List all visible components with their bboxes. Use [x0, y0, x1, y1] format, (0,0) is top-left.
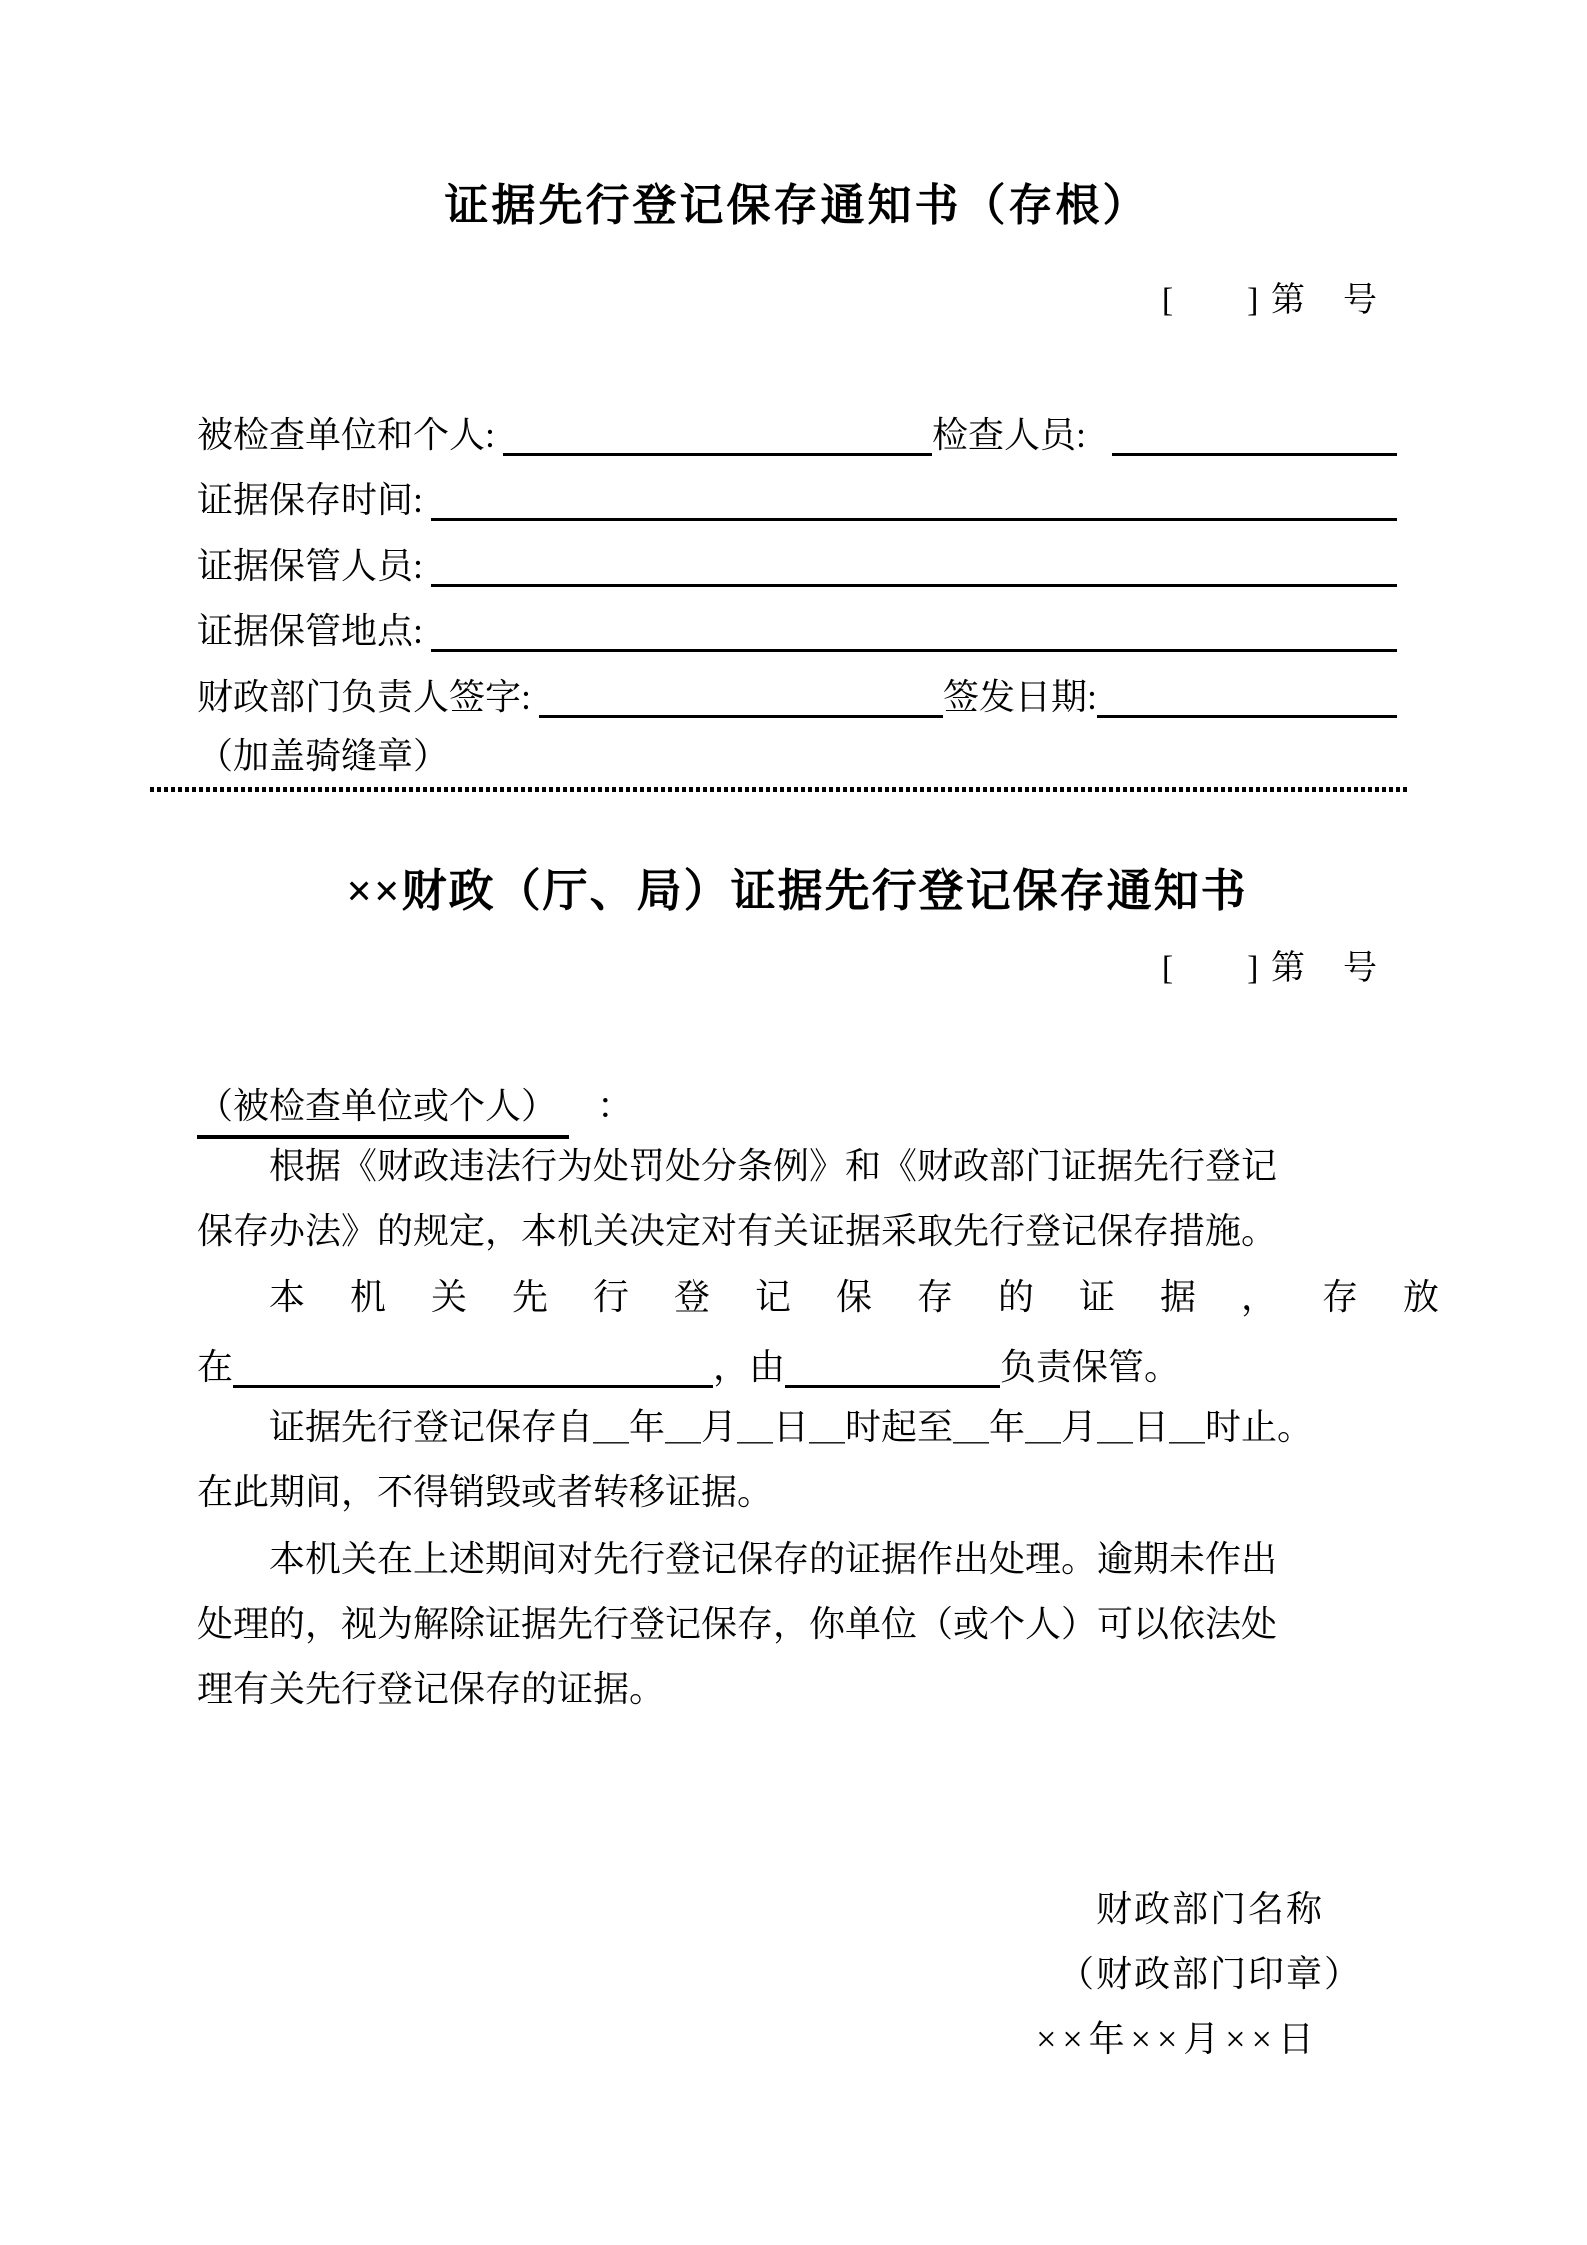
field-row-signature-date: 财政部门负责人签字: 签发日期:	[197, 670, 1397, 718]
storage-location-blank-line	[233, 1385, 713, 1388]
storage-prefix-text: 在	[197, 1348, 233, 1388]
stub-seal-note: （加盖骑缝章）	[197, 737, 1397, 777]
paragraph4-line2: 处理的，视为解除证据先行登记保存，你单位（或个人）可以依法处	[197, 1603, 1397, 1646]
paragraph4-line1: 本机关在上述期间对先行登记保存的证据作出处理。逾期未作出	[197, 1538, 1397, 1581]
responsible-signature-label: 财政部门负责人签字:	[197, 678, 531, 718]
evidence-time-label: 证据保存时间:	[197, 481, 423, 521]
evidence-time-blank-line	[431, 518, 1397, 521]
inspected-unit-label: 被检查单位和个人:	[197, 416, 495, 456]
issue-date-blank-line	[1097, 715, 1397, 718]
field-row-evidence-time: 证据保存时间:	[197, 473, 1397, 521]
storage-mid-text: ，由	[713, 1348, 785, 1388]
custodian-blank-line	[431, 584, 1397, 587]
notice-doc-number: [ ] 第 号	[197, 940, 1397, 989]
custodian-label: 证据保管人员:	[197, 547, 423, 587]
paragraph2-line2: 在 ，由 负责保管。	[197, 1338, 1397, 1388]
responsible-signature-blank-line	[539, 715, 943, 718]
salutation-line: （被检查单位或个人）：	[197, 1078, 1397, 1130]
paragraph3-line1: 证据先行登记保存自＿年＿月＿日＿时起至＿年＿月＿日＿时止。	[197, 1406, 1397, 1449]
paragraph3-line2: 在此期间，不得销毁或者转移证据。	[197, 1471, 1397, 1514]
salutation-underlined-text: （被检查单位或个人）	[197, 1087, 569, 1139]
inspector-blank-line	[1112, 453, 1397, 456]
storage-suffix-text: 负责保管。	[1000, 1348, 1180, 1388]
document-page: 证据先行登记保存通知书（存根） [ ] 第 号 被检查单位和个人: 检查人员: …	[0, 0, 1587, 2245]
field-row-custodian: 证据保管人员:	[197, 539, 1397, 587]
issue-date-label: 签发日期:	[943, 678, 1097, 718]
signature-department-name: 财政部门名称	[960, 1888, 1460, 1931]
salutation-colon: ：	[597, 1086, 633, 1126]
signature-date: ××年××月××日	[928, 2018, 1428, 2061]
keeper-blank-line	[785, 1385, 1000, 1388]
signature-seal-note: （财政部门印章）	[960, 1953, 1460, 1996]
field-row-storage-place: 证据保管地点:	[197, 604, 1397, 652]
paragraph1-line2: 保存办法》的规定，本机关决定对有关证据采取先行登记保存措施。	[197, 1210, 1397, 1253]
stub-title: 证据先行登记保存通知书（存根）	[197, 180, 1397, 233]
paragraph1-line1: 根据《财政违法行为处罚处分条例》和《财政部门证据先行登记	[197, 1145, 1397, 1188]
inspected-unit-blank-line	[503, 453, 932, 456]
paragraph4-line3: 理有关先行登记保存的证据。	[197, 1668, 1397, 1711]
tear-line-separator	[150, 787, 1408, 792]
inspector-label: 检查人员:	[932, 416, 1086, 456]
paragraph2-line1: 本机关先行登记保存的证据，存放	[197, 1276, 1397, 1319]
notice-title: ××财政（厅、局）证据先行登记保存通知书	[197, 864, 1397, 918]
storage-place-blank-line	[431, 649, 1397, 652]
field-row-inspected-unit: 被检查单位和个人: 检查人员:	[197, 408, 1397, 456]
stub-doc-number: [ ] 第 号	[197, 272, 1397, 321]
storage-place-label: 证据保管地点:	[197, 612, 423, 652]
